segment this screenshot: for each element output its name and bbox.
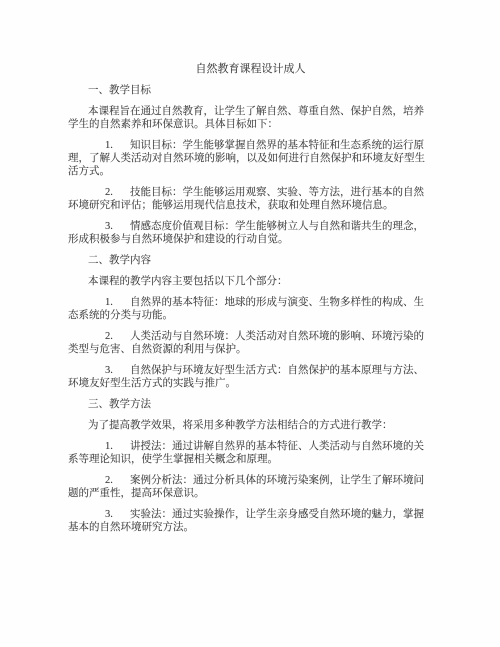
list-item: 1.讲授法：通过讲解自然界的基本特征、人类活动与自然环境的关系等理论知识，使学生… (68, 440, 433, 466)
list-item-number: 1. (105, 139, 130, 152)
list-item: 3.自然保护与环境友好型生活方式：自然保护的基本原理与方法、环境友好型生活方式的… (68, 364, 433, 390)
list-item: 2.技能目标：学生能够运用观察、实验、等方法，进行基本的自然环境研究和评估；能够… (68, 186, 433, 212)
list-item-number: 1. (105, 440, 130, 453)
list-item-number: 3. (105, 220, 130, 233)
document-content: 自然教育课程设计成人 一、教学目标 本课程旨在通过自然教育，让学生了解自然、尊重… (0, 0, 500, 534)
list-item: 1.自然界的基本特征：地球的形成与演变、生物多样性的构成、生态系统的分类与功能。 (68, 296, 433, 322)
list-item: 3.情感态度价值观目标：学生能够树立人与自然和谐共生的理念，形成积极参与自然环境… (68, 220, 433, 246)
section-3-intro: 为了提高教学效果，将采用多种教学方法相结合的方式进行教学： (68, 419, 433, 432)
section-teaching-content: 二、教学内容 本课程的教学内容主要包括以下几个部分： 1.自然界的基本特征：地球… (68, 254, 433, 390)
section-2-intro: 本课程的教学内容主要包括以下几个部分： (68, 275, 433, 288)
list-item-number: 2. (105, 186, 130, 199)
list-item: 1.知识目标：学生能够掌握自然界的基本特征和生态系统的运行原理，了解人类活动对自… (68, 139, 433, 178)
list-item-number: 3. (105, 364, 130, 377)
section-teaching-methods: 三、教学方法 为了提高教学效果，将采用多种教学方法相结合的方式进行教学： 1.讲… (68, 398, 433, 534)
document-title: 自然教育课程设计成人 (68, 63, 433, 76)
section-teaching-objectives: 一、教学目标 本课程旨在通过自然教育，让学生了解自然、尊重自然、保护自然，培养学… (68, 84, 433, 246)
section-1-heading: 一、教学目标 (68, 84, 433, 97)
list-item-number: 2. (105, 330, 130, 343)
document-page: 自然教育课程设计成人 一、教学目标 本课程旨在通过自然教育，让学生了解自然、尊重… (0, 0, 500, 647)
list-item-number: 1. (105, 296, 130, 309)
list-item: 2.案例分析法：通过分析具体的环境污染案例，让学生了解环境问题的严重性，提高环保… (68, 474, 433, 500)
list-item-number: 3. (105, 508, 130, 521)
section-1-intro: 本课程旨在通过自然教育，让学生了解自然、尊重自然、保护自然，培养学生的自然素养和… (68, 105, 433, 131)
section-2-heading: 二、教学内容 (68, 254, 433, 267)
list-item: 3.实验法：通过实验操作，让学生亲身感受自然环境的魅力，掌握基本的自然环境研究方… (68, 508, 433, 534)
list-item: 2.人类活动与自然环境：人类活动对自然环境的影响、环境污染的类型与危害、自然资源… (68, 330, 433, 356)
list-item-number: 2. (105, 474, 130, 487)
section-3-heading: 三、教学方法 (68, 398, 433, 411)
